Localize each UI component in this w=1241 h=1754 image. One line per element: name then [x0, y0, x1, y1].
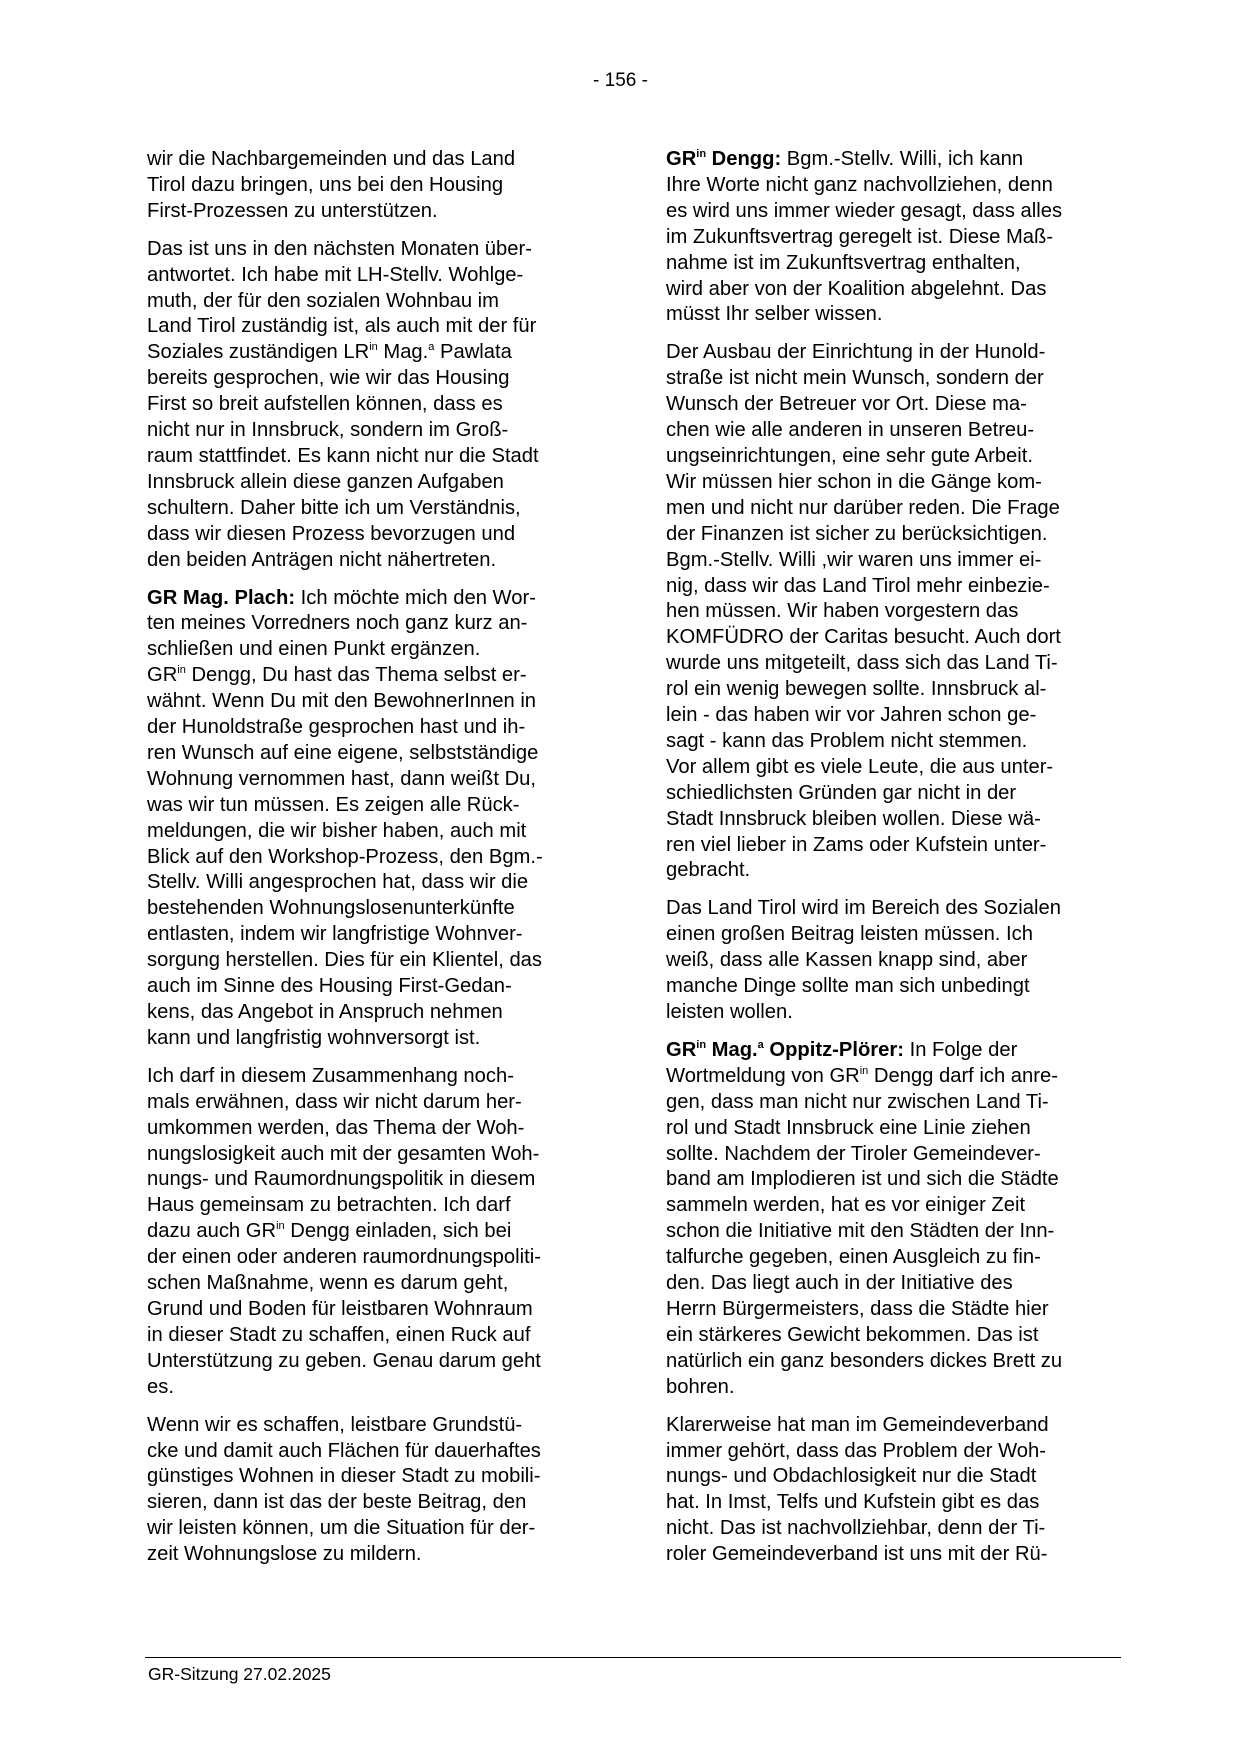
paragraph: Wenn wir es schaffen, leistbare Grundstü… — [147, 1413, 607, 1568]
text-line: dazu auch GRin Dengg einladen, sich bei — [147, 1219, 607, 1245]
text-line: nig, dass wir das Land Tirol mehr einbez… — [666, 574, 1126, 600]
text-line: günstiges Wohnen in dieser Stadt zu mobi… — [147, 1464, 607, 1490]
speaker-name: GRin Mag.a Oppitz-Plörer: — [666, 1039, 904, 1061]
text-line: ungseinrichtungen, eine sehr gute Arbeit… — [666, 444, 1126, 470]
text-line: GRin Dengg: Bgm.-Stellv. Willi, ich kann — [666, 147, 1126, 173]
text-line: nungslosigkeit auch mit der gesamten Woh… — [147, 1142, 607, 1168]
text-line: GRin Dengg, Du hast das Thema selbst er- — [147, 663, 607, 689]
text-line: nungs- und Raumordnungspolitik in diesem — [147, 1167, 607, 1193]
text-line: Ihre Worte nicht ganz nachvollziehen, de… — [666, 173, 1126, 199]
text-line: schon die Initiative mit den Städten der… — [666, 1219, 1126, 1245]
text-line: Stellv. Willi angesprochen hat, dass wir… — [147, 870, 607, 896]
text-line: es. — [147, 1375, 607, 1401]
text-line: ein stärkeres Gewicht bekommen. Das ist — [666, 1323, 1126, 1349]
text-line: sieren, dann ist das der beste Beitrag, … — [147, 1490, 607, 1516]
text-line: antwortet. Ich habe mit LH-Stellv. Wohlg… — [147, 263, 607, 289]
text-line: KOMFÜDRO der Caritas besucht. Auch dort — [666, 625, 1126, 651]
text-line: Das Land Tirol wird im Bereich des Sozia… — [666, 896, 1126, 922]
superscript: a — [758, 1039, 764, 1051]
text-line: wurde uns mitgeteilt, dass sich das Land… — [666, 651, 1126, 677]
text-line: was wir tun müssen. Es zeigen alle Rück- — [147, 793, 607, 819]
text-line: bereits gesprochen, wie wir das Housing — [147, 366, 607, 392]
text-line: müsst Ihr selber wissen. — [666, 302, 1126, 328]
text-line: Blick auf den Workshop-Prozess, den Bgm.… — [147, 845, 607, 871]
footer-session-label: GR-Sitzung 27.02.2025 — [148, 1664, 331, 1685]
text-line: Wortmeldung von GRin Dengg darf ich anre… — [666, 1064, 1126, 1090]
text-line: schultern. Daher bitte ich um Verständni… — [147, 496, 607, 522]
paragraph: Das ist uns in den nächsten Monaten über… — [147, 237, 607, 574]
superscript: in — [369, 341, 378, 353]
text-line: Vor allem gibt es viele Leute, die aus u… — [666, 755, 1126, 781]
text-line: bestehenden Wohnungslosenunterkünfte — [147, 896, 607, 922]
text-line: kens, das Angebot in Anspruch nehmen — [147, 1000, 607, 1026]
text-line: Wenn wir es schaffen, leistbare Grundstü… — [147, 1413, 607, 1439]
text-line: Bgm.-Stellv. Willi ,wir waren uns immer … — [666, 548, 1126, 574]
paragraph: Ich darf in diesem Zusammenhang noch-mal… — [147, 1064, 607, 1401]
text-line: roler Gemeindeverband ist uns mit der Rü… — [666, 1542, 1126, 1568]
text-line: den. Das liegt auch in der Initiative de… — [666, 1271, 1126, 1297]
paragraph: GR Mag. Plach: Ich möchte mich den Wor-t… — [147, 586, 607, 1052]
text-line: Der Ausbau der Einrichtung in der Hunold… — [666, 340, 1126, 366]
text-line: Soziales zuständigen LRin Mag.a Pawlata — [147, 340, 607, 366]
text-line: Wohnung vernommen hast, dann weißt Du, — [147, 767, 607, 793]
text-line: schen Maßnahme, wenn es darum geht, — [147, 1271, 607, 1297]
footer-divider — [145, 1657, 1121, 1658]
text-line: Land Tirol zuständig ist, als auch mit d… — [147, 314, 607, 340]
text-line: Tirol dazu bringen, uns bei den Housing — [147, 173, 607, 199]
text-line: men und nicht nur darüber reden. Die Fra… — [666, 496, 1126, 522]
text-line: Stadt Innsbruck bleiben wollen. Diese wä… — [666, 807, 1126, 833]
text-line: kann und langfristig wohnversorgt ist. — [147, 1026, 607, 1052]
text-line: wähnt. Wenn Du mit den BewohnerInnen in — [147, 689, 607, 715]
text-line: natürlich ein ganz besonders dickes Bret… — [666, 1349, 1126, 1375]
text-line: nahme ist im Zukunftsvertrag enthalten, — [666, 251, 1126, 277]
text-line: GRin Mag.a Oppitz-Plörer: In Folge der — [666, 1038, 1126, 1064]
text-line: wir leisten können, um die Situation für… — [147, 1516, 607, 1542]
text-line: First so breit aufstellen können, dass e… — [147, 392, 607, 418]
superscript: in — [860, 1065, 869, 1077]
text-line: auch im Sinne des Housing First-Gedan- — [147, 974, 607, 1000]
text-line: der einen oder anderen raumordnungspolit… — [147, 1245, 607, 1271]
text-line: immer gehört, dass das Problem der Woh- — [666, 1439, 1126, 1465]
text-line: lein - das haben wir vor Jahren schon ge… — [666, 703, 1126, 729]
text-line: der Finanzen ist sicher zu berücksichtig… — [666, 522, 1126, 548]
paragraph: Das Land Tirol wird im Bereich des Sozia… — [666, 896, 1126, 1026]
text-line: schließen und einen Punkt ergänzen. — [147, 637, 607, 663]
speaker-name: GRin Dengg: — [666, 148, 781, 170]
text-line: ren Wunsch auf eine eigene, selbstständi… — [147, 741, 607, 767]
text-line: muth, der für den sozialen Wohnbau im — [147, 289, 607, 315]
paragraph: GRin Mag.a Oppitz-Plörer: In Folge derWo… — [666, 1038, 1126, 1401]
text-line: Haus gemeinsam zu betrachten. Ich darf — [147, 1193, 607, 1219]
text-line: weiß, dass alle Kassen knapp sind, aber — [666, 948, 1126, 974]
text-line: Das ist uns in den nächsten Monaten über… — [147, 237, 607, 263]
superscript: in — [696, 148, 706, 160]
text-line: ten meines Vorredners noch ganz kurz an- — [147, 611, 607, 637]
text-line: umkommen werden, das Thema der Woh- — [147, 1116, 607, 1142]
paragraph: GRin Dengg: Bgm.-Stellv. Willi, ich kann… — [666, 147, 1126, 328]
text-line: Klarerweise hat man im Gemeindeverband — [666, 1413, 1126, 1439]
superscript: in — [276, 1220, 285, 1232]
text-line: wir die Nachbargemeinden und das Land — [147, 147, 607, 173]
text-line: wird aber von der Koalition abgelehnt. D… — [666, 277, 1126, 303]
text-line: talfurche gegeben, einen Ausgleich zu fi… — [666, 1245, 1126, 1271]
text-line: im Zukunftsvertrag geregelt ist. Diese M… — [666, 225, 1126, 251]
text-line: Ich darf in diesem Zusammenhang noch- — [147, 1064, 607, 1090]
text-line: raum stattfindet. Es kann nicht nur die … — [147, 444, 607, 470]
text-line: Wir müssen hier schon in die Gänge kom- — [666, 470, 1126, 496]
speaker-name: GR Mag. Plach: — [147, 587, 295, 609]
text-line: schiedlichsten Gründen gar nicht in der — [666, 781, 1126, 807]
text-line: der Hunoldstraße gesprochen hast und ih- — [147, 715, 607, 741]
text-line: chen wie alle anderen in unseren Betreu- — [666, 418, 1126, 444]
text-line: leisten wollen. — [666, 1000, 1126, 1026]
text-line: bohren. — [666, 1375, 1126, 1401]
paragraph: Klarerweise hat man im Gemeindeverbandim… — [666, 1413, 1126, 1568]
text-line: Grund und Boden für leistbaren Wohnraum — [147, 1297, 607, 1323]
text-line: Unterstützung zu geben. Genau darum geht — [147, 1349, 607, 1375]
text-line: zeit Wohnungslose zu mildern. — [147, 1542, 607, 1568]
text-line: meldungen, die wir bisher haben, auch mi… — [147, 819, 607, 845]
text-line: einen großen Beitrag leisten müssen. Ich — [666, 922, 1126, 948]
text-line: in dieser Stadt zu schaffen, einen Ruck … — [147, 1323, 607, 1349]
text-line: rol und Stadt Innsbruck eine Linie ziehe… — [666, 1116, 1126, 1142]
text-line: Innsbruck allein diese ganzen Aufgaben — [147, 470, 607, 496]
text-line: sollte. Nachdem der Tiroler Gemeindever- — [666, 1142, 1126, 1168]
paragraph: wir die Nachbargemeinden und das LandTir… — [147, 147, 607, 225]
text-line: nicht nur in Innsbruck, sondern im Groß- — [147, 418, 607, 444]
text-line: Wunsch der Betreuer vor Ort. Diese ma- — [666, 392, 1126, 418]
text-line: es wird uns immer wieder gesagt, dass al… — [666, 199, 1126, 225]
text-line: entlasten, indem wir langfristige Wohnve… — [147, 922, 607, 948]
text-line: nicht. Das ist nachvollziehbar, denn der… — [666, 1516, 1126, 1542]
right-column: GRin Dengg: Bgm.-Stellv. Willi, ich kann… — [666, 147, 1126, 1580]
text-line: band am Implodieren ist und sich die Stä… — [666, 1167, 1126, 1193]
text-line: First-Prozessen zu unterstützen. — [147, 199, 607, 225]
text-line: mals erwähnen, dass wir nicht darum her- — [147, 1090, 607, 1116]
text-line: gebracht. — [666, 858, 1126, 884]
text-line: ren viel lieber in Zams oder Kufstein un… — [666, 833, 1126, 859]
left-column: wir die Nachbargemeinden und das LandTir… — [147, 147, 607, 1580]
text-line: straße ist nicht mein Wunsch, sondern de… — [666, 366, 1126, 392]
text-line: cke und damit auch Flächen für dauerhaft… — [147, 1439, 607, 1465]
text-line: GR Mag. Plach: Ich möchte mich den Wor- — [147, 586, 607, 612]
superscript: in — [696, 1039, 706, 1051]
text-line: rol ein wenig bewegen sollte. Innsbruck … — [666, 677, 1126, 703]
page-number: - 156 - — [0, 70, 1241, 92]
text-line: Herrn Bürgermeisters, dass die Städte hi… — [666, 1297, 1126, 1323]
text-line: hen müssen. Wir haben vorgestern das — [666, 599, 1126, 625]
text-line: gen, dass man nicht nur zwischen Land Ti… — [666, 1090, 1126, 1116]
text-line: manche Dinge sollte man sich unbedingt — [666, 974, 1126, 1000]
paragraph: Der Ausbau der Einrichtung in der Hunold… — [666, 340, 1126, 884]
text-line: sorgung herstellen. Dies für ein Kliente… — [147, 948, 607, 974]
text-line: sammeln werden, hat es vor einiger Zeit — [666, 1193, 1126, 1219]
superscript: a — [428, 341, 434, 353]
text-line: dass wir diesen Prozess bevorzugen und — [147, 522, 607, 548]
text-line: nungs- und Obdachlosigkeit nur die Stadt — [666, 1464, 1126, 1490]
text-line: hat. In Imst, Telfs und Kufstein gibt es… — [666, 1490, 1126, 1516]
superscript: in — [177, 664, 186, 676]
text-line: den beiden Anträgen nicht nähertreten. — [147, 548, 607, 574]
text-line: sagt - kann das Problem nicht stemmen. — [666, 729, 1126, 755]
